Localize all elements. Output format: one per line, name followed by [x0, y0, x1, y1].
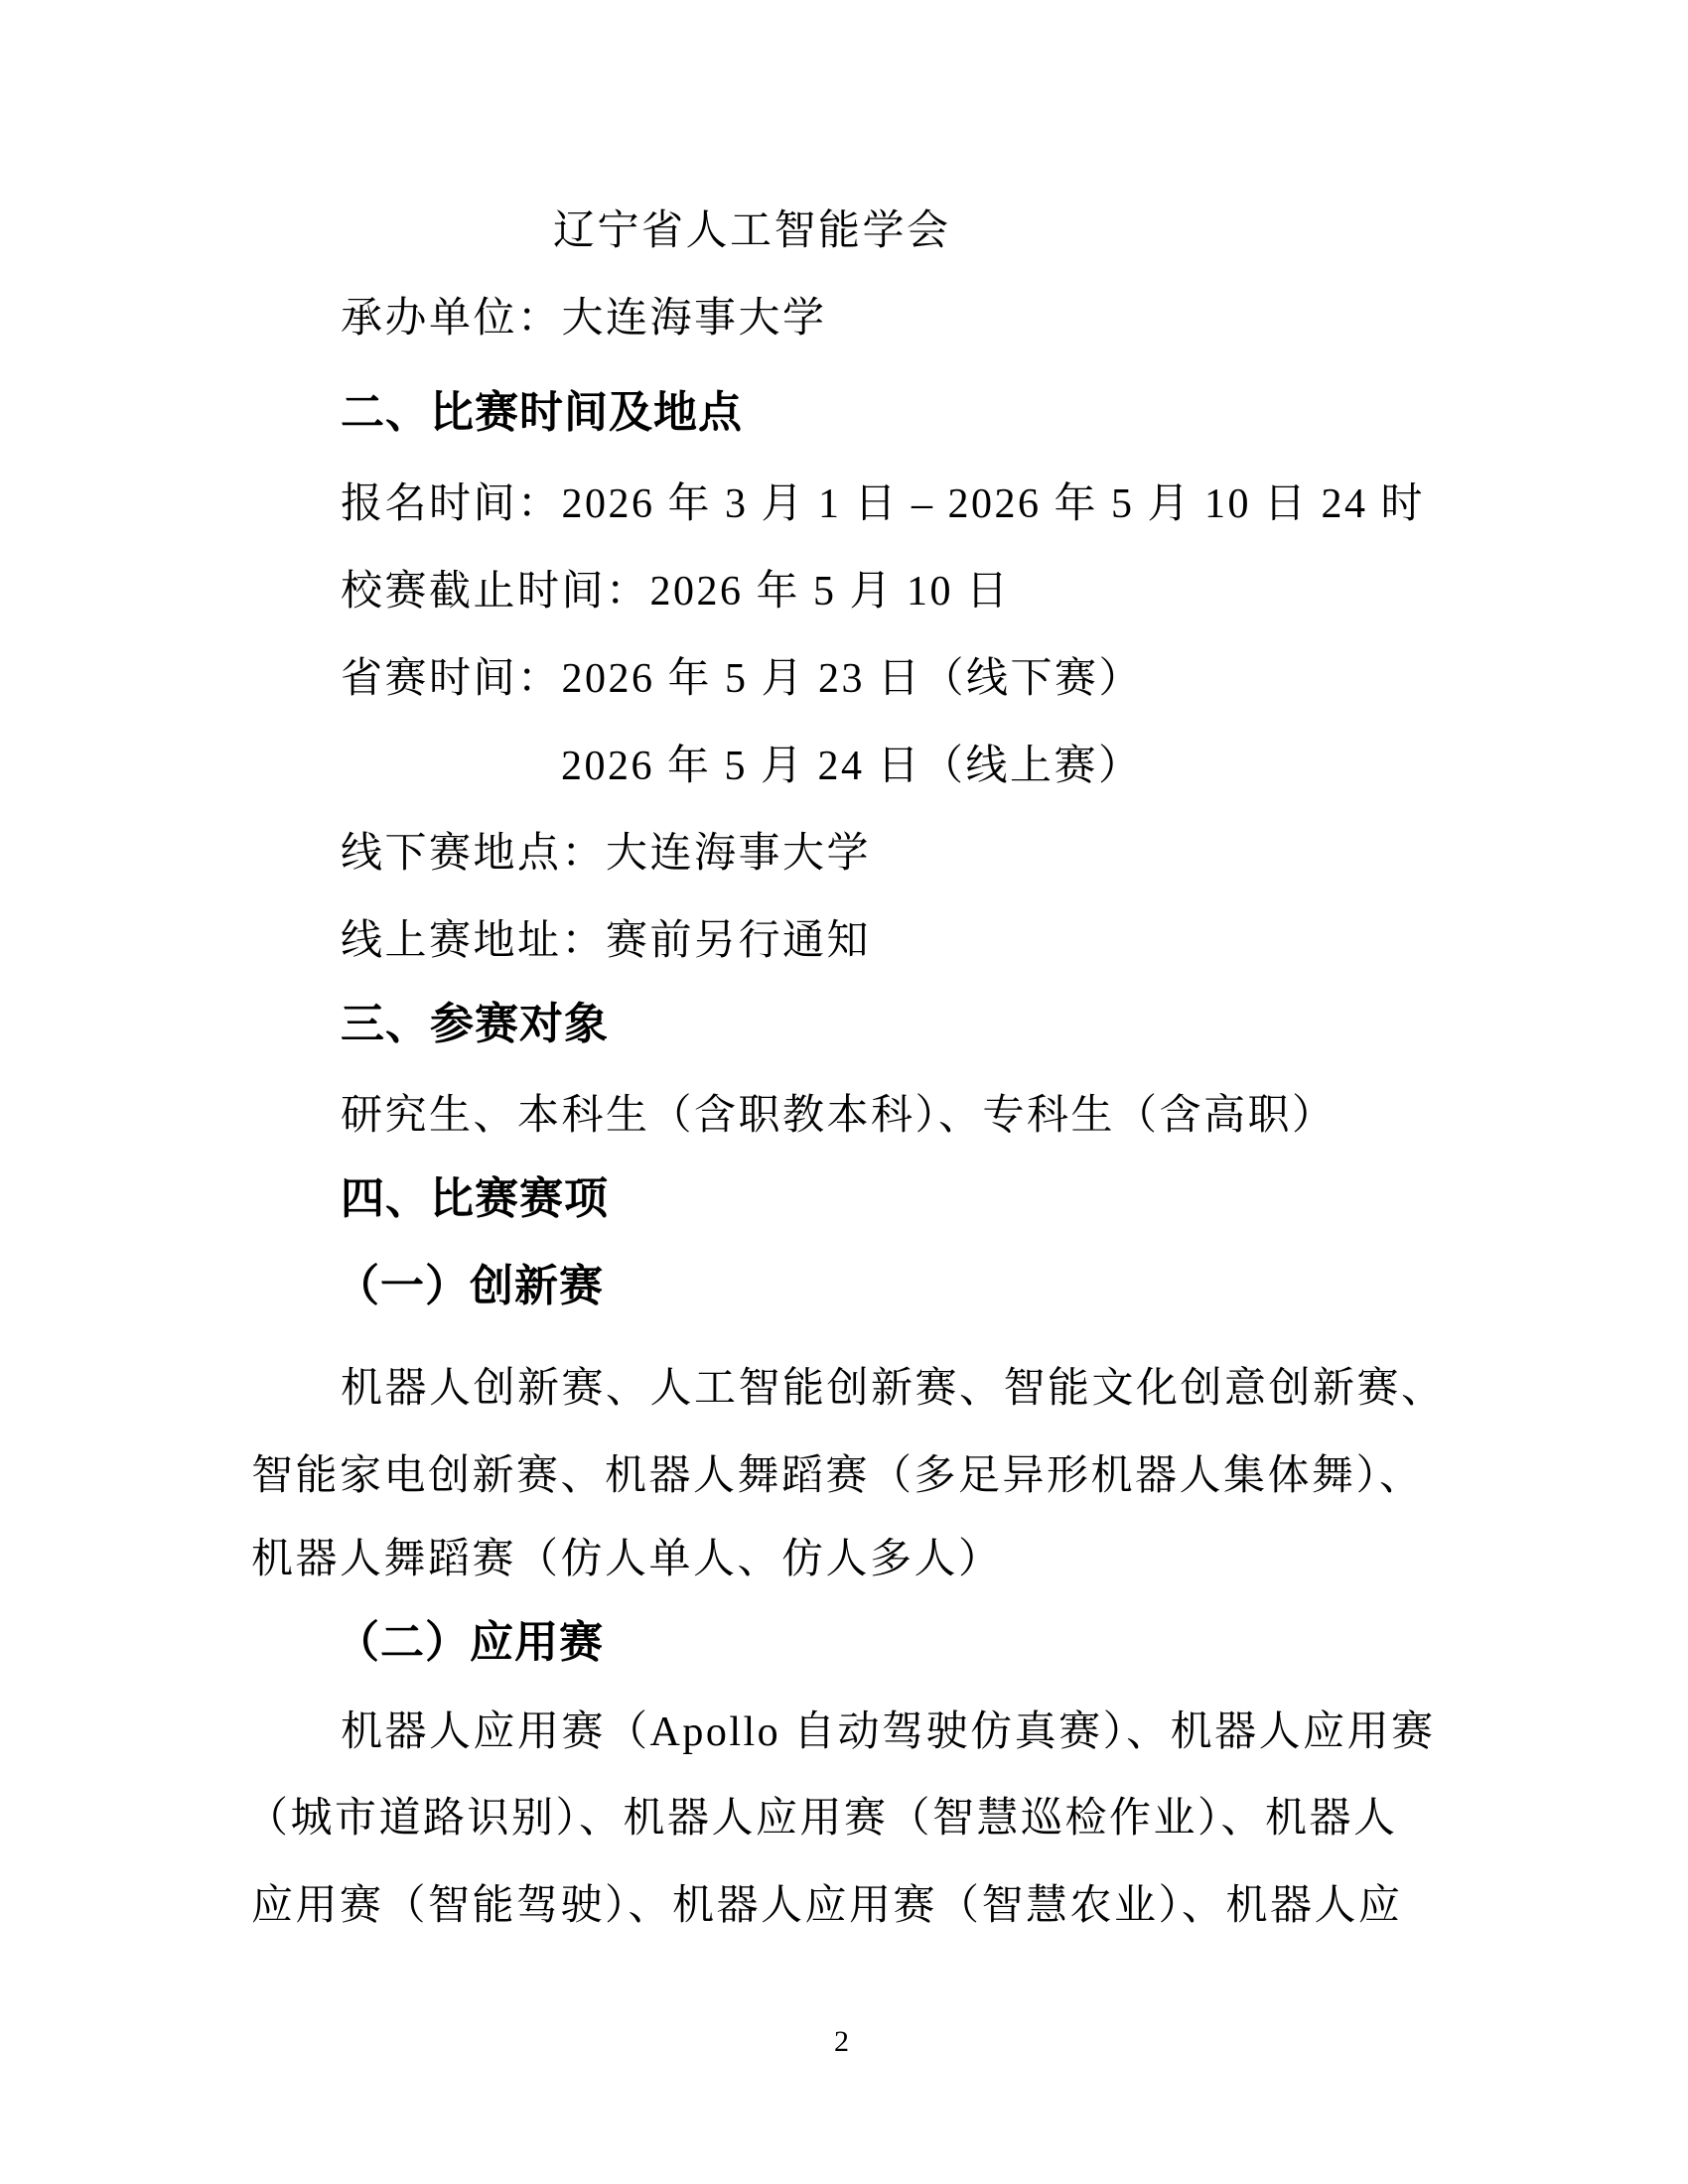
- line-innovation-events-2: 智能家电创新赛、机器人舞蹈赛（多足异形机器人集体舞）、: [251, 1450, 1424, 1502]
- line-innovation-events-1: 机器人创新赛、人工智能创新赛、智能文化创意创新赛、: [341, 1363, 1446, 1415]
- heading-sub-1-innovation: （一）创新赛: [336, 1261, 604, 1312]
- line-provincial-time-offline: 省赛时间：2026 年 5 月 23 日（线下赛）: [341, 653, 1143, 705]
- line-organizer: 承办单位：大连海事大学: [341, 293, 827, 344]
- line-application-events-1: 机器人应用赛（Apollo 自动驾驶仿真赛）、机器人应用赛: [341, 1706, 1436, 1758]
- heading-section-3-participants: 三、参赛对象: [341, 999, 609, 1050]
- line-host-society: 辽宁省人工智能学会: [553, 205, 951, 257]
- document-page: 辽宁省人工智能学会 承办单位：大连海事大学 二、比赛时间及地点 报名时间：202…: [0, 0, 1688, 2184]
- line-school-deadline: 校赛截止时间：2026 年 5 月 10 日: [341, 566, 1011, 617]
- line-offline-venue: 线下赛地点：大连海事大学: [341, 828, 871, 880]
- line-provincial-time-online: 2026 年 5 月 24 日（线上赛）: [561, 741, 1143, 792]
- line-innovation-events-3: 机器人舞蹈赛（仿人单人、仿人多人）: [251, 1534, 1003, 1585]
- heading-sub-2-application: （二）应用赛: [336, 1617, 604, 1669]
- heading-section-4-events: 四、比赛赛项: [341, 1173, 609, 1225]
- line-application-events-2: （城市道路识别）、机器人应用赛（智慧巡检作业）、机器人: [246, 1793, 1398, 1844]
- line-registration-time: 报名时间：2026 年 3 月 1 日 – 2026 年 5 月 10 日 24…: [341, 478, 1425, 530]
- line-participants: 研究生、本科生（含职教本科）、专科生（含高职）: [341, 1090, 1336, 1142]
- line-application-events-3: 应用赛（智能驾驶）、机器人应用赛（智慧农业）、机器人应: [251, 1880, 1403, 1932]
- heading-section-2-time-location: 二、比赛时间及地点: [341, 387, 743, 439]
- line-online-venue: 线上赛地址：赛前另行通知: [341, 915, 871, 967]
- page-number: 2: [834, 2025, 849, 2059]
